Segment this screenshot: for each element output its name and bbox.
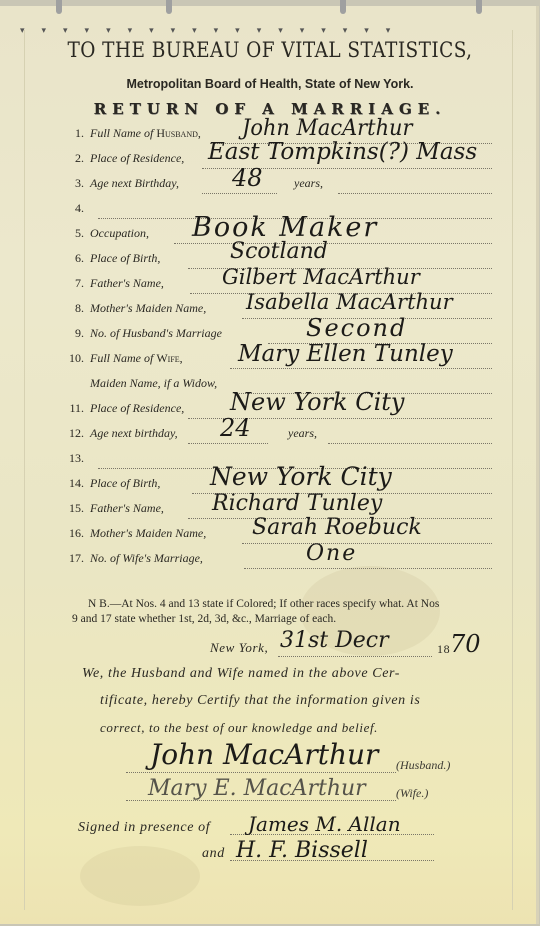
field-wife-age: 12.Age next birthday, 24 years, (62, 426, 502, 448)
instructions-note: N B.—At Nos. 4 and 13 state if Colored; … (78, 597, 518, 627)
field-husband-residence: 2.Place of Residence, East Tompkins(?) M… (62, 151, 502, 173)
date-line (278, 656, 432, 657)
field-wife-mother: 16.Mother's Maiden Name, Sarah Roebuck (62, 526, 502, 548)
husband-signature[interactable]: John MacArthur (150, 738, 378, 771)
paper-stain (80, 846, 200, 906)
binding-hole (166, 0, 172, 14)
right-margin-rule (512, 30, 513, 910)
certification-line-3: correct, to the best of our knowledge an… (100, 720, 378, 736)
husband-signature-line (126, 772, 396, 773)
husband-age-value: 48 (232, 164, 263, 192)
bureau-title: TO THE BUREAU OF VITAL STATISTICS, (32, 38, 507, 62)
year-prefix: 18 (437, 642, 450, 657)
field-husband-mother: 8.Mother's Maiden Name, Isabella MacArth… (62, 301, 502, 323)
binding-hole (476, 0, 482, 14)
wife-age-value: 24 (220, 414, 251, 442)
husband-father-value: Gilbert MacArthur (222, 265, 420, 289)
wife-name-value: Mary Ellen Tunley (238, 341, 453, 367)
year-handwritten: 70 (450, 630, 481, 658)
wife-father-value: Richard Tunley (212, 491, 382, 516)
witness-name-2[interactable]: H. F. Bissell (236, 838, 368, 863)
field-wife-name: 10.Full Name of Wife, Mary Ellen Tunley (62, 351, 502, 373)
husband-mother-value: Isabella MacArthur (246, 290, 453, 314)
board-subtitle: Metropolitan Board of Health, State of N… (0, 77, 540, 91)
husband-birthplace-value: Scotland (230, 239, 328, 264)
husband-marriage-no-value: Second (306, 314, 407, 342)
wife-birthplace-value: New York City (210, 462, 392, 491)
perforation-marks: ▾▾▾▾▾▾▾▾▾▾▾▾▾▾▾▾▾▾ (20, 26, 520, 36)
wife-mother-value: Sarah Roebuck (252, 515, 422, 540)
certification-line-1: We, the Husband and Wife named in the ab… (82, 666, 400, 682)
binding-hole (340, 0, 346, 14)
wife-marriage-no-value: One (306, 541, 357, 566)
wife-label: (Wife.) (396, 786, 428, 801)
date-day-month: 31st Decr (280, 628, 389, 653)
field-wife-marriage-no: 17.No. of Wife's Marriage, One (62, 551, 502, 573)
field-husband-age: 3.Age next Birthday, 48 years, (62, 176, 502, 198)
left-margin-rule (24, 30, 25, 910)
wife-signature[interactable]: Mary E. MacArthur (148, 776, 366, 801)
wife-residence-value: New York City (230, 388, 404, 416)
certification-line-2: tificate, hereby Certify that the inform… (100, 693, 420, 709)
husband-name-value: John MacArthur (242, 116, 412, 141)
witness-label-2: and (202, 846, 225, 862)
field-wife-residence: 11.Place of Residence, New York City (62, 401, 502, 423)
husband-label: (Husband.) (396, 758, 450, 773)
witness-name-1[interactable]: James M. Allan (248, 812, 401, 836)
husband-residence-value: East Tompkins(?) Mass (208, 139, 477, 165)
date-place: New York, (210, 640, 268, 656)
binding-holes (0, 0, 540, 16)
witness-label-1: Signed in presence of (78, 820, 210, 836)
binding-hole (56, 0, 62, 14)
